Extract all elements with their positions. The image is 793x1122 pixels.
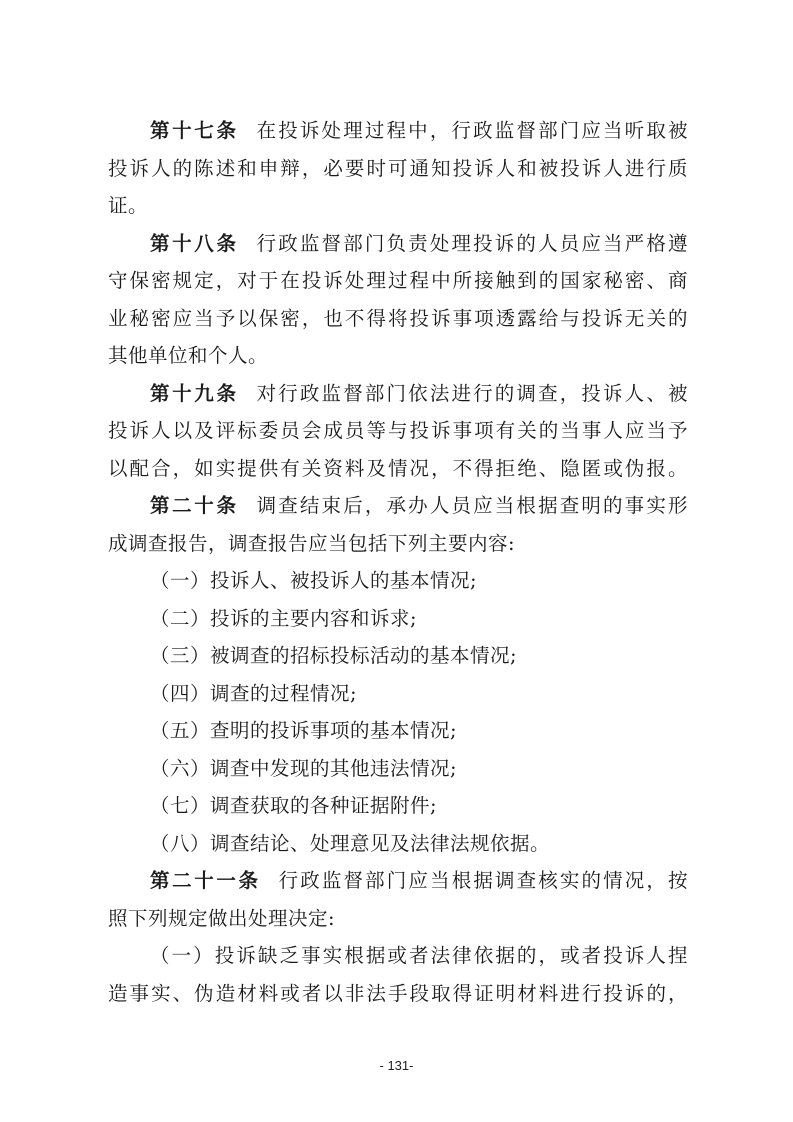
- article-17-line-3: 证。: [108, 187, 688, 225]
- article-20-title: 第二十条: [150, 494, 239, 517]
- document-body: 第十七条在投诉处理过程中，行政监督部门应当听取被 投诉人的陈述和申辩，必要时可通…: [108, 112, 688, 1012]
- article-19-line-2: 投诉人以及评标委员会成员等与投诉事项有关的当事人应当予: [108, 412, 688, 450]
- article-21-item-1-line-1: （一）投诉缺乏事实根据或者法律依据的，或者投诉人捏: [108, 937, 688, 975]
- article-19-line-1: 第十九条对行政监督部门依法进行的调查，投诉人、被: [108, 375, 688, 413]
- article-20-item-1: （一）投诉人、被投诉人的基本情况;: [108, 562, 688, 600]
- article-19-title: 第十九条: [150, 382, 239, 405]
- article-20-item-2: （二）投诉的主要内容和诉求;: [108, 600, 688, 638]
- article-20-line-1: 第二十条调查结束后，承办人员应当根据查明的事实形: [108, 487, 688, 525]
- article-20-item-7: （七）调查获取的各种证据附件;: [108, 787, 688, 825]
- article-20-item-6: （六）调查中发现的其他违法情况;: [108, 750, 688, 788]
- article-18-line-1: 第十八条行政监督部门负责处理投诉的人员应当严格遵: [108, 225, 688, 263]
- article-20-text: 调查结束后，承办人员应当根据查明的事实形: [257, 494, 688, 517]
- article-18-title: 第十八条: [150, 232, 239, 255]
- article-17-title: 第十七条: [150, 119, 239, 142]
- article-17-line-1: 第十七条在投诉处理过程中，行政监督部门应当听取被: [108, 112, 688, 150]
- article-20-item-5: （五）查明的投诉事项的基本情况;: [108, 712, 688, 750]
- article-20-line-2: 成调查报告，调查报告应当包括下列主要内容:: [108, 525, 688, 563]
- document-page: 第十七条在投诉处理过程中，行政监督部门应当听取被 投诉人的陈述和申辩，必要时可通…: [0, 0, 793, 1122]
- article-17-text: 在投诉处理过程中，行政监督部门应当听取被: [257, 119, 688, 142]
- article-20-item-3: （三）被调查的招标投标活动的基本情况;: [108, 637, 688, 675]
- article-21-line-1: 第二十一条行政监督部门应当根据调查核实的情况，按: [108, 862, 688, 900]
- article-18-text: 行政监督部门负责处理投诉的人员应当严格遵: [257, 232, 688, 255]
- article-21-title: 第二十一条: [150, 869, 261, 892]
- article-17-line-2: 投诉人的陈述和申辩，必要时可通知投诉人和被投诉人进行质: [108, 150, 688, 188]
- article-19-line-3: 以配合，如实提供有关资料及情况，不得拒绝、隐匿或伪报。: [108, 450, 688, 488]
- article-21-line-2: 照下列规定做出处理决定:: [108, 900, 688, 938]
- article-18-line-3: 业秘密应当予以保密，也不得将投诉事项透露给与投诉无关的: [108, 300, 688, 338]
- article-18-line-4: 其他单位和个人。: [108, 337, 688, 375]
- article-21-item-1-line-2: 造事实、伪造材料或者以非法手段取得证明材料进行投诉的，: [108, 975, 688, 1013]
- article-18-line-2: 守保密规定，对于在投诉处理过程中所接触到的国家秘密、商: [108, 262, 688, 300]
- article-20-item-4: （四）调查的过程情况;: [108, 675, 688, 713]
- article-21-text: 行政监督部门应当根据调查核实的情况，按: [279, 869, 688, 892]
- page-number: - 131-: [0, 1058, 793, 1073]
- article-20-item-8: （八）调查结论、处理意见及法律法规依据。: [108, 825, 688, 863]
- article-19-text: 对行政监督部门依法进行的调查，投诉人、被: [257, 382, 688, 405]
